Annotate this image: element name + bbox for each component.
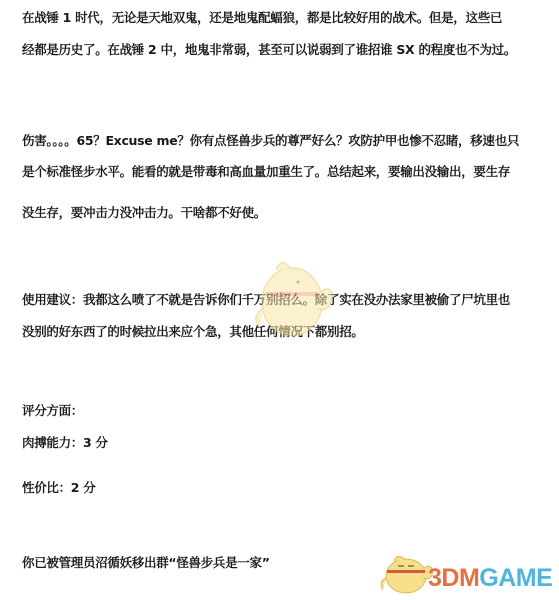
brand-name: 3DMGAME: [428, 564, 552, 592]
rating-value: 性价比：2 分: [22, 480, 95, 496]
rating-combat: 肉搏能力：3 分: [22, 435, 108, 451]
paragraph-2-line-2: 是个标准怪步水平。能看的就是带毒和高血量加重生了。总结起来，要输出没输出，要生存: [22, 164, 510, 180]
mascot-watermark-icon: [246, 252, 338, 344]
paragraph-2-line-3: 没生存，要冲击力没冲击力。干啥都不好使。: [22, 205, 266, 221]
paragraph-2-line-1: 伤害。。。。65？Excuse me？你有点怪兽步兵的尊严好么？攻防护甲也惨不忍…: [22, 133, 519, 149]
paragraph-1-line-1: 在战锤 1 时代，无论是天地双鬼，还是地鬼配蝠狼，都是比较好用的战术。但是，这些…: [22, 10, 502, 26]
paragraph-1-line-2: 经都是历史了。在战锤 2 中，地鬼非常弱，甚至可以说弱到了谁招谁 SX 的程度也…: [22, 42, 516, 58]
closing-line: 你已被管理员沼循妖移出群“怪兽步兵是一家”: [22, 555, 270, 571]
brand-name-3dm: 3DM: [428, 564, 479, 592]
brand-name-game: GAME: [479, 564, 552, 592]
ratings-heading: 评分方面：: [22, 403, 83, 419]
brand-watermark: 3DMGAME: [378, 550, 556, 596]
